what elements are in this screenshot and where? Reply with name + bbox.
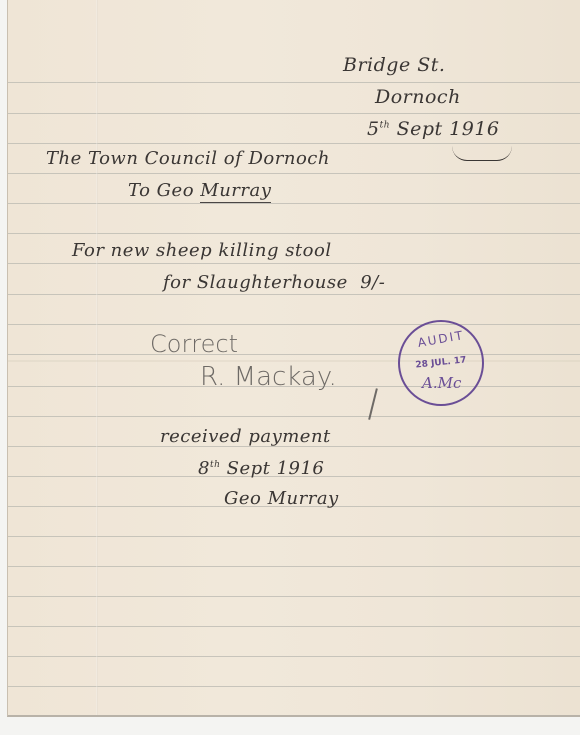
approval-signature: R. Mackay.	[200, 362, 337, 392]
item-description: For new sheep killing stool	[72, 240, 332, 261]
ruled-line	[8, 82, 580, 83]
ruled-line	[8, 354, 580, 355]
letter-date-suffix: th	[380, 121, 390, 131]
receipt-date-suffix: th	[210, 460, 220, 470]
addressee-name-underlined: Murray	[200, 180, 271, 203]
ruled-line	[8, 173, 580, 174]
ruled-paper-sheet	[7, 0, 580, 717]
ruled-line	[8, 233, 580, 234]
ruled-line	[8, 143, 580, 144]
address-town: Dornoch	[375, 86, 461, 108]
ruled-line	[8, 656, 580, 657]
addressee-to-line: To Geo Murray	[128, 180, 271, 201]
receipt-date: 8th Sept 1916	[198, 458, 324, 479]
letter-date: 5th Sept 1916	[367, 118, 500, 140]
audit-stamp: AUDIT 28 JUL. 17 A.Mc	[398, 320, 484, 406]
ruled-line	[8, 566, 580, 567]
ruled-line	[8, 263, 580, 264]
ruled-line	[8, 596, 580, 597]
receipt-received-payment: received payment	[160, 426, 331, 447]
ruled-line	[8, 536, 580, 537]
audit-stamp-initials: A.Mc	[422, 374, 461, 392]
address-street: Bridge St.	[343, 54, 445, 76]
ruled-line	[8, 294, 580, 295]
item-amount: 9/-	[360, 272, 385, 293]
ruled-line	[8, 324, 580, 325]
letter-date-rest: Sept 1916	[397, 118, 500, 140]
date-flourish	[452, 146, 512, 161]
receipt-date-rest: Sept 1916	[227, 458, 325, 479]
ruled-line	[8, 416, 580, 417]
ruled-line	[8, 626, 580, 627]
receipt-signature: Geo Murray	[224, 488, 339, 509]
approval-correct: Correct	[150, 330, 238, 358]
letter-date-day: 5	[367, 118, 380, 140]
addressee-to-prefix: To Geo	[128, 180, 200, 201]
ruled-line	[8, 113, 580, 114]
item-purpose-line: for Slaughterhouse 9/-	[163, 272, 385, 293]
item-purpose: for Slaughterhouse	[163, 272, 348, 293]
audit-stamp-date: 28 JUL. 17	[400, 354, 483, 373]
receipt-date-day: 8	[198, 458, 210, 479]
ruled-line	[8, 686, 580, 687]
vertical-fold-crease	[96, 0, 98, 715]
addressee-council: The Town Council of Dornoch	[46, 148, 330, 169]
ruled-line	[8, 203, 580, 204]
